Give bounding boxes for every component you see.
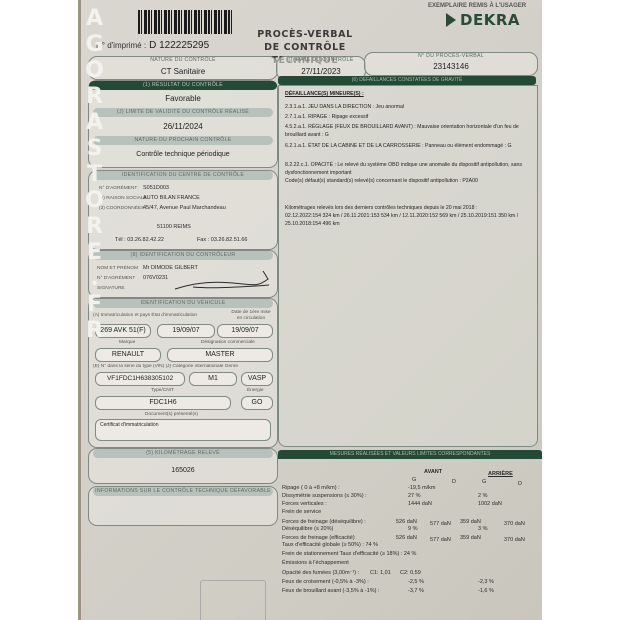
resultat-box: (1) RÉSULTAT DU CONTRÔLE Favorable (J) L… (88, 80, 278, 168)
date-label: (I) DATE DU CONTRÔLE (281, 56, 361, 65)
fax-line: Fax : 03.26.82.51.66 (197, 237, 247, 243)
title-line-1: PROCÈS-VERBAL (230, 28, 380, 41)
fax-label: Fax : (197, 237, 209, 243)
mesure-value: 370 daN (504, 537, 525, 543)
mesure-label: Forces de freinage (efficacité) (282, 535, 355, 541)
mesure-label: Émissions à l'échappement (282, 560, 349, 566)
km-history: 02.12.2022:154 324 km / 26.11.2021:153 5… (285, 212, 535, 228)
resultat-value: Favorable (89, 94, 277, 103)
kilometrage-value: 165026 (89, 467, 277, 474)
mesure-value: -3,7 % (408, 588, 424, 594)
raison-value: AUTO BILAN FRANCE (143, 195, 200, 201)
pv-number-box: N° DU PROCÈS-VERBAL 23143146 (364, 52, 538, 76)
mesure-value: 2 % (478, 493, 487, 499)
date-circ-label: Date de 1ère mise en circulation (229, 310, 273, 322)
mesure-value: -2,5 % (408, 579, 424, 585)
arriere-header: ARRIÈRE (488, 471, 513, 477)
mesure-label: Déséquilibre (≤ 20%) (282, 526, 333, 532)
prochain-value: Contrôle technique périodique (89, 151, 277, 158)
documents-label: Document(s) présenté(s) (145, 412, 198, 417)
vehicule-label: IDENTIFICATION DU VÉHICULE (93, 299, 273, 308)
mesure-value: -19,5 m/km (408, 485, 436, 491)
pv-label: N° DU PROCÈS-VERBAL (371, 52, 531, 61)
mesures-table: AVANT ARRIÈRE G D G D Ripage ( 0 à +8 m/… (278, 459, 542, 620)
marque-label: Marque (119, 340, 135, 345)
defaillance-item: 2.7.1.a.1. RIPAGE : Ripage excessif (285, 113, 525, 121)
km-history-intro: Kilométrages relevés lors des derniers c… (285, 204, 535, 212)
mesure-value: 577 daN (430, 521, 451, 527)
coord-value: 45/47, Avenue Paul Marchandeau (143, 205, 226, 211)
energie-label: Énergie (247, 388, 264, 393)
mesure-value: 27 % (408, 493, 421, 499)
mesure-label: Forces verticales : (282, 501, 327, 507)
centre-label: IDENTIFICATION DU CENTRE DE CONTRÔLE (93, 171, 273, 180)
mesure-value: 359 daN (460, 535, 481, 541)
defaillances-label: (6) DÉFAILLANCES CONSTATÉES DE GRAVITÉ (278, 76, 536, 85)
brand-name: DEKRA (460, 11, 520, 29)
info-defavorable-box: INFORMATIONS SUR LE CONTRÔLE TECHNIQUE D… (88, 486, 278, 526)
controleur-agrement-value: 076V0231 (143, 275, 168, 281)
mesure-label: Frein de stationnement Taux d'efficacité… (282, 551, 416, 557)
vin-label: (E) N° dans la série du type (VIN) (J) C… (93, 364, 275, 369)
mesure-label: Ripage ( 0 à +8 m/km) : (282, 485, 340, 491)
tel-label: Tél : (115, 237, 126, 243)
avant-header: AVANT (424, 469, 442, 475)
nature-value: CT Sanitaire (89, 67, 277, 76)
mesure-value: -1,6 % (478, 588, 494, 594)
mesure-value: 577 daN (430, 537, 451, 543)
defaillance-item: 2.3.1.a.1. JEU DANS LA DIRECTION : Jeu a… (285, 103, 525, 111)
exemplaire-note: EXEMPLAIRE REMIS À L'USAGER (428, 3, 526, 9)
defaillance-item: 8.2.22.c.1. OPACITÉ : Le relevé du systè… (285, 161, 525, 177)
vin-value: VF1FDC1H638305102 (95, 372, 185, 386)
validite-value: 26/11/2024 (89, 122, 277, 131)
defaillance-item: 4.5.2.a.1. RÉGLAGE (FEUX DE BROUILLARD A… (285, 123, 525, 139)
arriere-g: G (482, 479, 486, 485)
avant-d: D (452, 479, 456, 485)
mesure-value: 1444 daN (408, 501, 432, 507)
arriere-d: D (518, 481, 522, 487)
centre-agrement-value: S051D003 (143, 185, 169, 191)
documents-value: Certificat d'immatriculation (100, 422, 158, 428)
marque-value: RENAULT (95, 348, 161, 362)
mesures-label: MESURES RÉALISÉES ET VALEURS LIMITES COR… (278, 450, 542, 459)
mesure-value: 370 daN (504, 521, 525, 527)
mesure-label: Opacité des fumées (3,00m⁻¹) : (282, 570, 359, 576)
mesure-value: C1: 1,01 (370, 570, 391, 576)
ville-value: 51100 REIMS (157, 224, 191, 230)
kilometrage-label: (5) KILOMÉTRAGE RELEVÉ (93, 449, 273, 458)
mesure-value: 526 daN (396, 519, 417, 525)
mesure-value: 1002 daN (478, 501, 502, 507)
controleur-box: (8) IDENTIFICATION DU CONTRÔLEUR NOM ET … (88, 250, 278, 298)
mesure-label: Feux de brouillard avant (-3,5% à -1%) : (282, 588, 380, 594)
type-label: Type/CNIT (151, 388, 174, 393)
mesure-value: 3 % (478, 526, 487, 532)
mesure-value: 9 % (408, 526, 417, 532)
pv-value: 23143146 (365, 62, 537, 71)
date-2-value: 19/09/07 (217, 324, 273, 338)
designation-label: Désignation commerciale (201, 340, 255, 345)
categorie-value: M1 (189, 372, 237, 386)
dekra-arrow-icon (446, 13, 456, 27)
energie-value: GO (241, 396, 273, 410)
imprime-value: D 122225295 (149, 40, 209, 51)
controleur-label: (8) IDENTIFICATION DU CONTRÔLEUR (93, 251, 273, 260)
barcode (138, 10, 234, 34)
stamp-box (200, 580, 266, 620)
designation-value: MASTER (167, 348, 273, 362)
mesure-value: 526 daN (396, 535, 417, 541)
mesure-label: Forces de freinage (déséquilibre) : (282, 519, 366, 525)
mesures-header: MESURES RÉALISÉES ET VALEURS LIMITES COR… (278, 450, 542, 459)
genre-value: VASP (241, 372, 273, 386)
defaillances-header: (6) DÉFAILLANCES CONSTATÉES DE GRAVITÉ (278, 76, 536, 85)
prochain-label: NATURE DU PROCHAIN CONTRÔLE (93, 136, 273, 145)
immat-label: (A) Immatriculation et pays État d'immat… (93, 313, 223, 318)
resultat-label: (1) RÉSULTAT DU CONTRÔLE (89, 81, 277, 90)
type-value: FDC1H6 (95, 396, 231, 410)
dekra-logo: DEKRA (446, 11, 520, 29)
defaillances-box: DÉFAILLANCE(S) MINEURE(S) : 2.3.1.a.1. J… (278, 85, 538, 447)
mesure-value: 359 daN (460, 519, 481, 525)
centre-box: IDENTIFICATION DU CENTRE DE CONTRÔLE N° … (88, 170, 278, 250)
avant-g: G (412, 477, 416, 483)
tel-value: 03.26.82.42.22 (127, 237, 164, 243)
mesure-value: C2: 0,59 (400, 570, 421, 576)
watermark: AGORASTORE.FR (80, 6, 106, 186)
defaillance-item: 6.2.1.a.1. ÉTAT DE LA CABINE ET DE LA CA… (285, 142, 525, 150)
mesure-label: Frein de service (282, 509, 321, 515)
signature-image (173, 269, 273, 293)
kilometrage-box: (5) KILOMÉTRAGE RELEVÉ 165026 (88, 448, 278, 484)
defaillances-title: DÉFAILLANCE(S) MINEURE(S) : (285, 90, 364, 98)
tel-line: Tél : 03.26.82.42.22 (115, 237, 164, 243)
vehicule-box: IDENTIFICATION DU VÉHICULE (A) Immatricu… (88, 298, 278, 448)
date-value: 27/11/2023 (277, 67, 365, 76)
mesure-value: -2,3 % (478, 579, 494, 585)
mesure-label: Dissymétrie suspensions (≤ 30%) : (282, 493, 367, 499)
mesure-label: Feux de croisement (-0,5% à -3%) : (282, 579, 369, 585)
defaillance-item: Code(s) défaut(s) standard(s) relevé(s) … (285, 177, 535, 185)
validite-label: (J) LIMITE DE VALIDITÉ DU CONTRÔLE RÉALI… (93, 108, 273, 117)
documents-box: Certificat d'immatriculation (95, 419, 271, 441)
imprime-number: N° d'imprimé :D 122225295 (96, 40, 209, 51)
date-1-value: 19/09/07 (157, 324, 215, 338)
mesure-label: Taux d'efficacité globale (≥ 50%) : 74 % (282, 542, 378, 548)
nature-controle-box: NATURE DU CONTRÔLE CT Sanitaire (88, 56, 278, 80)
info-defavorable-label: INFORMATIONS SUR LE CONTRÔLE TECHNIQUE D… (93, 487, 273, 496)
fax-value: 03.26.82.51.66 (211, 237, 248, 243)
nature-label: NATURE DU CONTRÔLE (95, 56, 271, 65)
